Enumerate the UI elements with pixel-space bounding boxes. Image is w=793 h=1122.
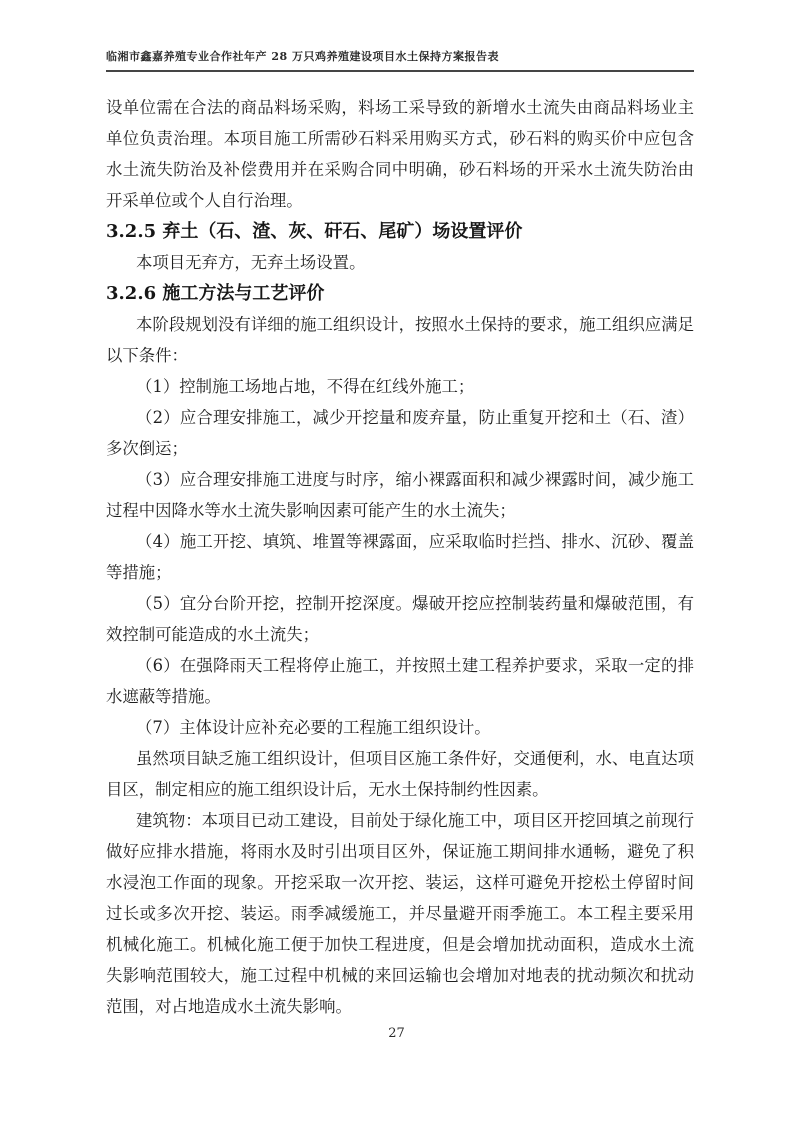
paragraph-continuation: 设单位需在合法的商品料场采购，料场工采导致的新增水土流失由商品料场业主单位负责治… <box>106 92 694 216</box>
section-heading-3-2-6: 3.2.6 施工方法与工艺评价 <box>106 278 694 309</box>
page-number: 27 <box>388 1026 405 1041</box>
section-heading-3-2-5: 3.2.5 弃土（石、渣、灰、矸石、尾矿）场设置评价 <box>106 216 694 247</box>
page-footer: 27 <box>0 1026 793 1042</box>
list-item-4: （4）施工开挖、填筑、堆置等裸露面，应采取临时拦挡、排水、沉砂、覆盖等措施； <box>106 526 694 588</box>
document-body: 设单位需在合法的商品料场采购，料场工采导致的新增水土流失由商品料场业主单位负责治… <box>106 92 694 1022</box>
list-item-7: （7）主体设计应补充必要的工程施工组织设计。 <box>106 712 694 743</box>
paragraph-buildings: 建筑物：本项目已动工建设，目前处于绿化施工中，项目区开挖回填之前现行做好应排水措… <box>106 805 694 1022</box>
page-header: 临湘市鑫嘉养殖专业合作社年产 28 万只鸡养殖建设项目水土保持方案报告表 <box>106 50 694 72</box>
paragraph-no-spoil-site: 本项目无弃方，无弃土场设置。 <box>106 247 694 278</box>
paragraph-conditions-intro: 本阶段规划没有详细的施工组织设计，按照水土保持的要求，施工组织应满足以下条件： <box>106 309 694 371</box>
list-item-1: （1）控制施工场地占地，不得在红线外施工； <box>106 371 694 402</box>
header-title: 临湘市鑫嘉养殖专业合作社年产 28 万只鸡养殖建设项目水土保持方案报告表 <box>106 50 499 63</box>
document-page: 临湘市鑫嘉养殖专业合作社年产 28 万只鸡养殖建设项目水土保持方案报告表 设单位… <box>0 0 793 1122</box>
list-item-2: （2）应合理安排施工，减少开挖量和废弃量，防止重复开挖和土（石、渣）多次倒运； <box>106 402 694 464</box>
list-item-5: （5）宜分台阶开挖，控制开挖深度。爆破开挖应控制装药量和爆破范围，有效控制可能造… <box>106 588 694 650</box>
list-item-6: （6）在强降雨天工程将停止施工，并按照土建工程养护要求，采取一定的排水遮蔽等措施… <box>106 650 694 712</box>
list-item-3: （3）应合理安排施工进度与时序，缩小裸露面积和减少裸露时间，减少施工过程中因降水… <box>106 464 694 526</box>
paragraph-constraints: 虽然项目缺乏施工组织设计，但项目区施工条件好，交通便利，水、电直达项目区，制定相… <box>106 743 694 805</box>
